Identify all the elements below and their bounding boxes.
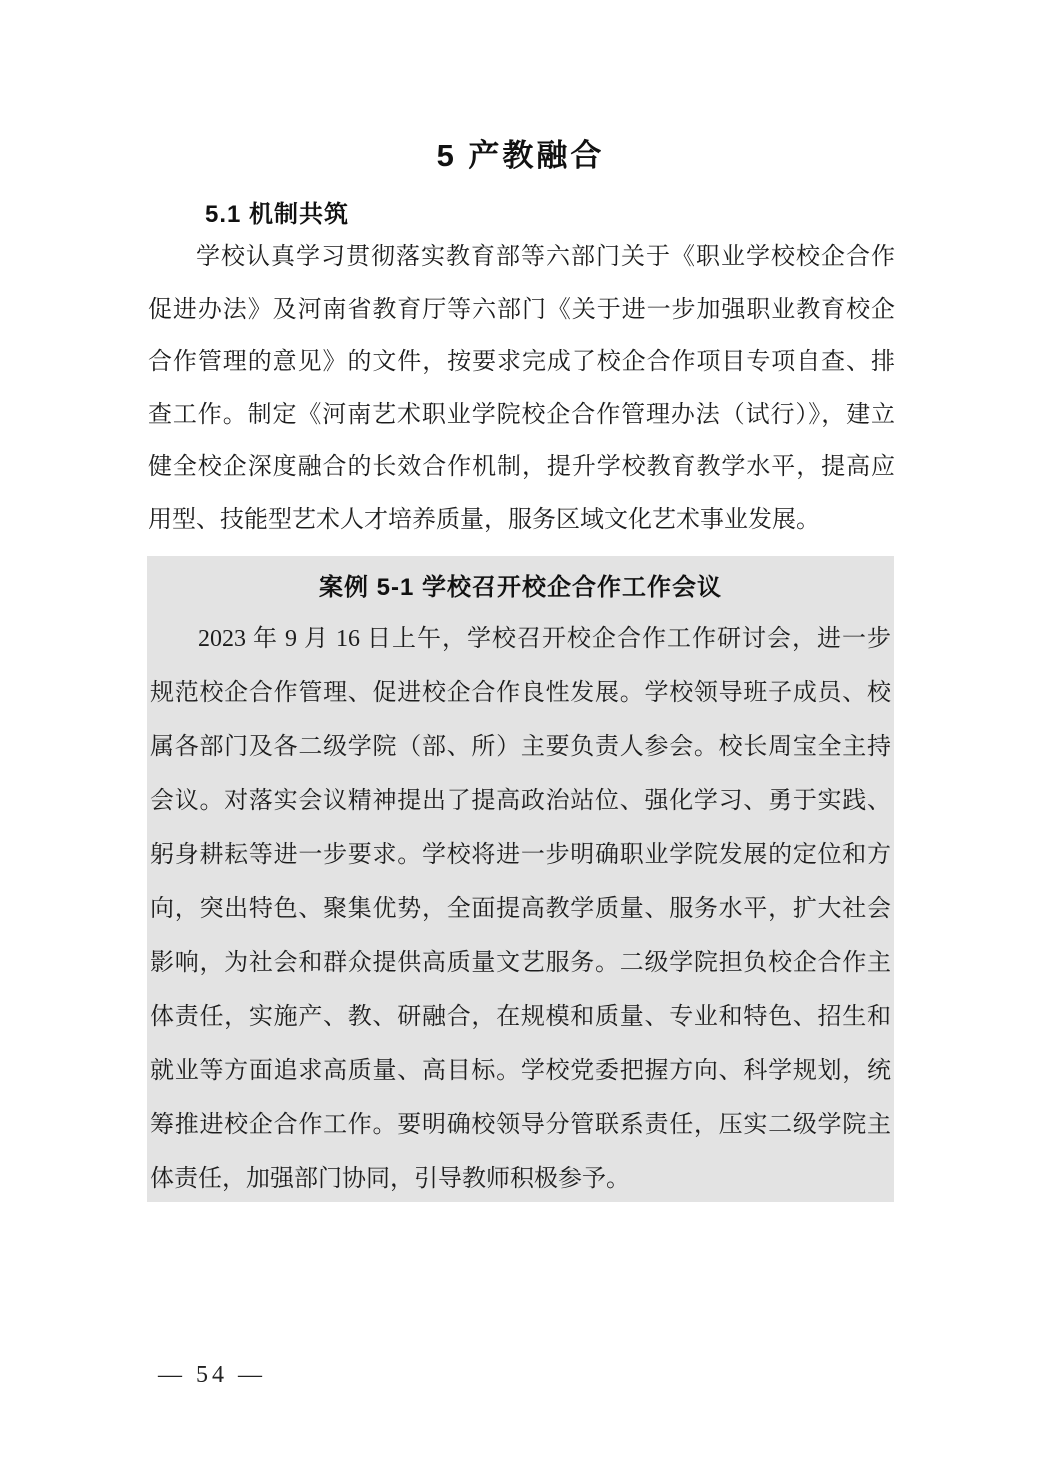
- text-line: 就业等方面追求高质量、高目标。学校党委把握方向、科学规划，统: [150, 1044, 891, 1098]
- page-title: 5 产教融合: [0, 130, 1041, 175]
- text-line: 学校认真学习贯彻落实教育部等六部门关于《职业学校校企合作: [148, 231, 895, 284]
- text-line: 2023 年 9 月 16 日上午，学校召开校企合作工作研讨会，进一步: [150, 612, 891, 666]
- body-paragraph: 学校认真学习贯彻落实教育部等六部门关于《职业学校校企合作促进办法》及河南省教育厅…: [148, 231, 895, 546]
- text-line: 体责任，加强部门协同，引导教师积极参予。: [150, 1152, 891, 1206]
- text-line: 规范校企合作管理、促进校企合作良性发展。学校领导班子成员、校: [150, 666, 891, 720]
- text-line: 用型、技能型艺术人才培养质量，服务区域文化艺术事业发展。: [148, 494, 895, 547]
- text-line: 向，突出特色、聚集优势，全面提高教学质量、服务水平，扩大社会: [150, 882, 891, 936]
- page-number: — 54 —: [158, 1362, 266, 1389]
- text-line: 合作管理的意见》的文件，按要求完成了校企合作项目专项自查、排: [148, 336, 895, 389]
- section-heading: 5.1 机制共筑: [205, 194, 349, 229]
- text-line: 查工作。制定《河南艺术职业学院校企合作管理办法（试行）》，建立: [148, 389, 895, 442]
- text-line: 体责任，实施产、教、研融合，在规模和质量、专业和特色、招生和: [150, 990, 891, 1044]
- text-line: 属各部门及各二级学院（部、所）主要负责人参会。校长周宝全主持: [150, 720, 891, 774]
- text-line: 筹推进校企合作工作。要明确校领导分管联系责任，压实二级学院主: [150, 1098, 891, 1152]
- text-line: 会议。对落实会议精神提出了提高政治站位、强化学习、勇于实践、: [150, 774, 891, 828]
- text-line: 健全校企深度融合的长效合作机制，提升学校教育教学水平，提高应: [148, 441, 895, 494]
- document-page: 5 产教融合 5.1 机制共筑 学校认真学习贯彻落实教育部等六部门关于《职业学校…: [0, 0, 1041, 1472]
- text-line: 促进办法》及河南省教育厅等六部门《关于进一步加强职业教育校企: [148, 284, 895, 337]
- case-box-body: 2023 年 9 月 16 日上午，学校召开校企合作工作研讨会，进一步规范校企合…: [150, 612, 891, 1206]
- text-line: 躬身耕耘等进一步要求。学校将进一步明确职业学院发展的定位和方: [150, 828, 891, 882]
- case-box-title: 案例 5-1 学校召开校企合作工作会议: [150, 566, 891, 610]
- case-box: 案例 5-1 学校召开校企合作工作会议 2023 年 9 月 16 日上午，学校…: [147, 556, 894, 1202]
- text-line: 影响，为社会和群众提供高质量文艺服务。二级学院担负校企合作主: [150, 936, 891, 990]
